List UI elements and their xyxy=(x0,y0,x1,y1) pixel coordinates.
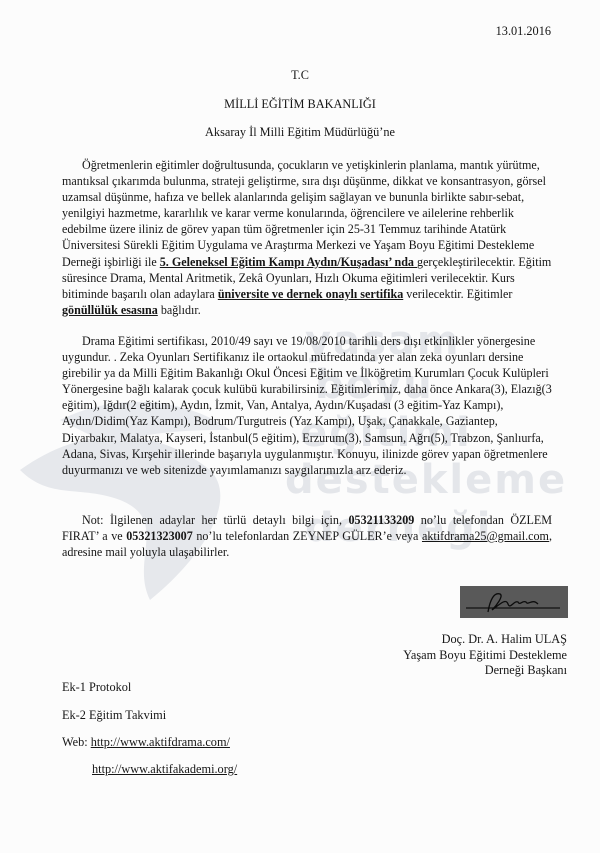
paragraph-certificate-info: Drama Eğitimi sertifikası, 2010/49 sayı … xyxy=(62,333,552,478)
attachment-protocol: Ek-1 Protokol xyxy=(62,680,131,695)
signer-title: Derneği Başkanı xyxy=(403,663,567,679)
paragraph-text: bağlıdır. xyxy=(158,303,201,317)
signer-block: Doç. Dr. A. Halim ULAŞ Yaşam Boyu Eğitim… xyxy=(403,632,567,679)
paragraph-text: verilecektir. Eğitimler xyxy=(403,287,512,301)
note-text: Not: İlgilenen adaylar her türlü detaylı… xyxy=(82,513,348,527)
paragraph-text: Drama Eğitimi sertifikası, 2010/49 sayı … xyxy=(62,334,552,477)
header-tc: T.C xyxy=(0,68,600,83)
note-text: no’lu telefonlardan ZEYNEP GÜLER’e veya xyxy=(193,529,422,543)
email-link[interactable]: aktifdrama25@gmail.com xyxy=(422,529,549,543)
voluntary-highlight: gönüllülük esasına xyxy=(62,303,158,317)
web-links-second: http://www.aktifakademi.org/ xyxy=(92,762,237,777)
web-links: Web: http://www.aktifdrama.com/ xyxy=(62,735,230,750)
document-date: 13.01.2016 xyxy=(496,24,551,39)
certificate-highlight: üniversite ve dernek onaylı sertifika xyxy=(218,287,403,301)
document-page: yaşam boyu eğitimi destekleme derneği 13… xyxy=(0,0,600,853)
phone-number: 05321133209 xyxy=(348,513,414,527)
signature-icon xyxy=(460,586,568,618)
camp-highlight: 5. Geleneksel Eğitim Kampı Aydın/Kuşadas… xyxy=(160,255,417,269)
signature-image xyxy=(460,586,568,618)
web-label: Web: xyxy=(62,735,91,749)
signer-name: Doç. Dr. A. Halim ULAŞ xyxy=(403,632,567,648)
signer-title: Yaşam Boyu Eğitimi Destekleme xyxy=(403,648,567,664)
header-ministry: MİLLİ EĞİTİM BAKANLIĞI xyxy=(0,97,600,112)
website-link-aktifdrama[interactable]: http://www.aktifdrama.com/ xyxy=(91,735,230,749)
phone-number: 05321323007 xyxy=(126,529,193,543)
attachment-calendar: Ek-2 Eğitim Takvimi xyxy=(62,708,166,723)
paragraph-note: Not: İlgilenen adaylar her türlü detaylı… xyxy=(62,512,552,560)
paragraph-invitation: Öğretmenlerin eğitimler doğrultusunda, ç… xyxy=(62,157,552,318)
website-link-aktifakademi[interactable]: http://www.aktifakademi.org/ xyxy=(92,762,237,776)
header-recipient: Aksaray İl Milli Eğitim Müdürlüğü’ne xyxy=(0,125,600,140)
paragraph-text: Öğretmenlerin eğitimler doğrultusunda, ç… xyxy=(62,158,546,269)
